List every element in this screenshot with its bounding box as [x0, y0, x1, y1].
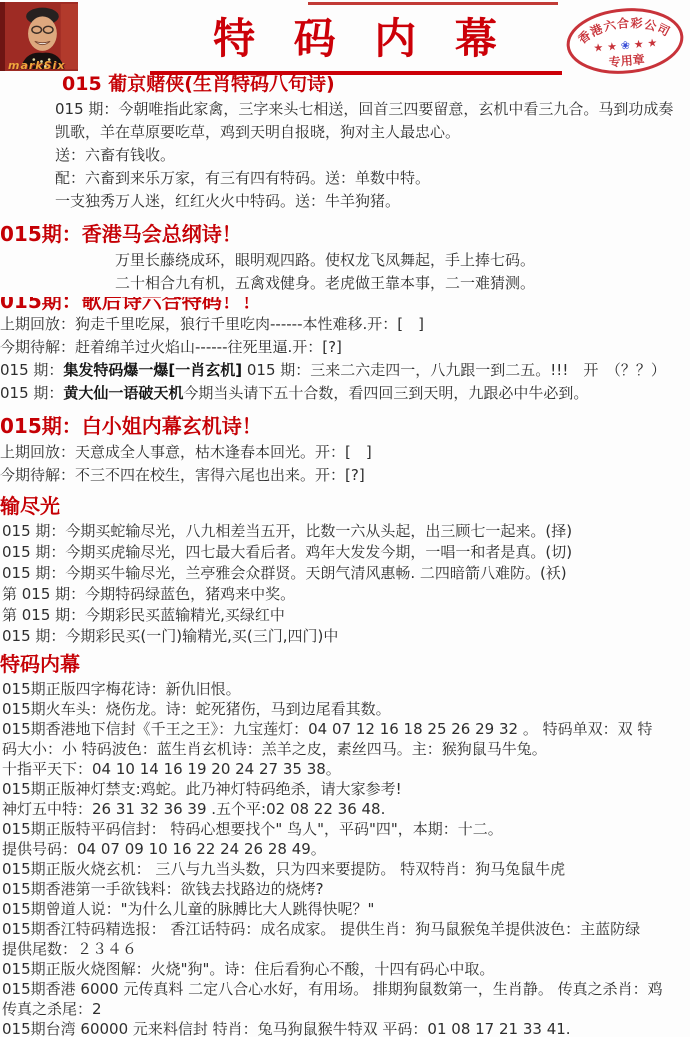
tip-line: 十指平天下：04 10 14 16 19 20 24 27 35 38。	[2, 759, 690, 779]
tip-line: 万里长藤绕成环，眼明观四路。使权龙飞凤舞起，手上捧七码。	[115, 249, 690, 272]
tip-line: 一支独秀万人迷，红红火火中特码。送：牛羊狗猪。	[55, 190, 690, 213]
page: markSix 特 码 内 幕 香港六合彩公司 ★ ★ ❀ ★ ★ 专用章	[0, 0, 690, 1037]
glitched-heading-clip: 015期：歌后诗六合特码！！	[0, 297, 690, 313]
tip-line: 015期台湾 60000 元来料信封 特肖：兔马狗鼠猴牛特双 平码：01 08 …	[2, 1019, 690, 1037]
tip-line: 上期回放：天意成全人事意，枯木逢春本回光。开：[ ]	[0, 441, 690, 464]
stamp-stars-right: ★ ★	[633, 36, 658, 51]
tip-line: 015 期：集发特码爆一爆[一肖玄机] 015 期：三来二六走四一，八九跟一到二…	[0, 359, 690, 382]
page-title: 特 码 内 幕	[150, 6, 562, 75]
stamp-stars-left: ★ ★	[593, 40, 618, 55]
section-zonggang: 015期：香港马会总纲诗！ 万里长藤绕成环，眼明观四路。使权龙飞凤舞起，手上捧七…	[0, 221, 690, 295]
company-stamp: 香港六合彩公司 ★ ★ ❀ ★ ★ 专用章	[562, 4, 688, 78]
tip-line: 015期曾道人说："为什么儿童的脉膊比大人跳得快呢？"	[2, 899, 690, 919]
tip-line: 015 期：今期买牛输尽光，兰亭雅会众群贤。天朗气清风惠畅. 二四暗箭八难防。(…	[2, 563, 690, 584]
line-prefix: 015 期：	[0, 361, 63, 379]
section-heading: 输尽光	[0, 493, 690, 519]
tip-line: 送：六畜有钱收。	[55, 144, 690, 167]
section-heading: 015期：白小姐内幕玄机诗！	[0, 413, 690, 439]
section-heading: 015 葡京赌侠(生肖特码八句诗)	[62, 72, 690, 96]
tip-line: 上期回放：狗走千里吃屎，狼行千里吃肉------本性难移.开：[ ]	[0, 313, 690, 336]
content: 015 葡京赌侠(生肖特码八句诗) 015 期：今朝唯指此家禽，三字来头七相送，…	[0, 70, 690, 1037]
tip-line: 今期待解：不三不四在校生，害得六尾也出来。开：[?]	[0, 464, 690, 487]
tip-line: 凯歌，羊在草原要吃草，鸡到天明自报晓，狗对主人最忠心。	[55, 121, 690, 144]
tip-line: 提供尾数：２３４６	[2, 939, 690, 959]
tip-line: 码大小：小 特码波色：蓝生肖玄机诗：羔羊之皮，素丝四马。主：猴狗鼠马牛兔。	[2, 739, 690, 759]
tip-line: 015期正版火烧图解：火烧"狗"。诗：住后看狗心不酸，十四有码心中取。	[2, 959, 690, 979]
tip-line: 第 015 期：今期特码绿蓝色，猪鸡来中奖。	[2, 584, 690, 605]
tip-line: 015 期：今期彩民买(一门)输精光,买(三门,四门)中	[2, 626, 690, 647]
tip-line: 015期香江特码精选报： 香江话特码：成名成家。 提供生肖：狗马鼠猴兔羊提供波色…	[2, 919, 690, 939]
stamp-bottom-text: 专用章	[608, 51, 645, 69]
line-prefix: 015 期：	[0, 384, 63, 402]
tip-line: 今期待解：赶着绵羊过火焰山------往死里逼.开：[?]	[0, 336, 690, 359]
section-temaneimu: 特码内幕 015期正版四字梅花诗：新仇旧恨。 015期火车头：烧伤龙。诗：蛇死猪…	[0, 651, 690, 1037]
tip-line: 015 期：今期买虎输尽光，四七最大看后者。鸡年大发发今期，一唱一和者是真。(切…	[2, 542, 690, 563]
stamp-flower-icon: ❀	[620, 39, 630, 53]
tip-line: 015期正版火烧玄机： 三八与九当头数，只为四来要提防。 特双特肖：狗马兔鼠牛虎	[2, 859, 690, 879]
top-red-line	[308, 2, 558, 5]
section-shujinguang: 输尽光 015 期：今期买蛇输尽光，八九相差当五开，比数一六从头起，出三顾七一起…	[0, 493, 690, 647]
line-bold: 黄大仙一语破天机	[63, 384, 183, 402]
tip-line: 传真之杀尾：2	[2, 999, 690, 1019]
tip-line: 015 期：今朝唯指此家禽，三字来头七相送，回首三四要留意，玄机中看三九合。马到…	[55, 98, 690, 121]
tip-line: 第 015 期：今期彩民买蓝输精光,买绿红中	[2, 605, 690, 626]
tip-line: 二十相合九有机，五禽戏健身。老虎做王靠本事，二一难猜测。	[115, 272, 690, 295]
section-heading: 015期：歌后诗六合特码！！	[0, 297, 690, 313]
tip-line: 配：六畜到来乐万家，有三有四有特码。送：单数中特。	[55, 167, 690, 190]
tip-line: 015期正版特平码信封： 特码心想要找个" 鸟人"，平码"四"，本期：十二。	[2, 819, 690, 839]
section-gehou: 015期：歌后诗六合特码！！ 上期回放：狗走千里吃屎，狼行千里吃肉------本…	[0, 297, 690, 405]
tip-line: 015 期：黄大仙一语破天机今期当头请下五十合数，看四回三到天明，九跟必中牛必到…	[0, 382, 690, 405]
tip-line: 提供号码：04 07 09 10 16 22 24 26 28 49。	[2, 839, 690, 859]
section-pujing: 015 葡京赌侠(生肖特码八句诗) 015 期：今朝唯指此家禽，三字来头七相送，…	[0, 72, 690, 213]
section-heading: 015期：香港马会总纲诗！	[0, 221, 690, 247]
tip-line: 015期火车头：烧伤龙。诗：蛇死猪伤，马到边尾看其数。	[2, 699, 690, 719]
line-rest: 015 期：三来二六走四一，八九跟一到二五。!!! 开 （？？）	[242, 361, 666, 379]
line-bold: 集发特码爆一爆[一肖玄机]	[63, 361, 242, 379]
tipster-photo: markSix	[0, 2, 78, 71]
tip-line: 015期正版神灯禁支:鸡蛇。此乃神灯特码绝杀，请大家参考!	[2, 779, 690, 799]
tip-line: 015期香港第一手欲钱料：欲钱去找路边的烧烤?	[2, 879, 690, 899]
tip-line: 015期香港地下信封《千王之王》：九宝莲灯：04 07 12 16 18 25 …	[2, 719, 690, 739]
tip-line: 神灯五中特：26 31 32 36 39 .五个平:02 08 22 36 48…	[2, 799, 690, 819]
stamp-graphic: 香港六合彩公司 ★ ★ ❀ ★ ★ 专用章	[562, 4, 688, 78]
tip-line: 015期正版四字梅花诗：新仇旧恨。	[2, 679, 690, 699]
section-baixiaojie: 015期：白小姐内幕玄机诗！ 上期回放：天意成全人事意，枯木逢春本回光。开：[ …	[0, 413, 690, 487]
section-heading: 特码内幕	[0, 651, 690, 677]
tip-line: 015 期：今期买蛇输尽光，八九相差当五开，比数一六从头起，出三顾七一起来。(择…	[2, 521, 690, 542]
tip-line: 015期香港 6000 元传真料 二定八合心水好，有用场。 排期狗鼠数第一，生肖…	[2, 979, 690, 999]
line-rest: 今期当头请下五十合数，看四回三到天明，九跟必中牛必到。	[183, 384, 588, 402]
